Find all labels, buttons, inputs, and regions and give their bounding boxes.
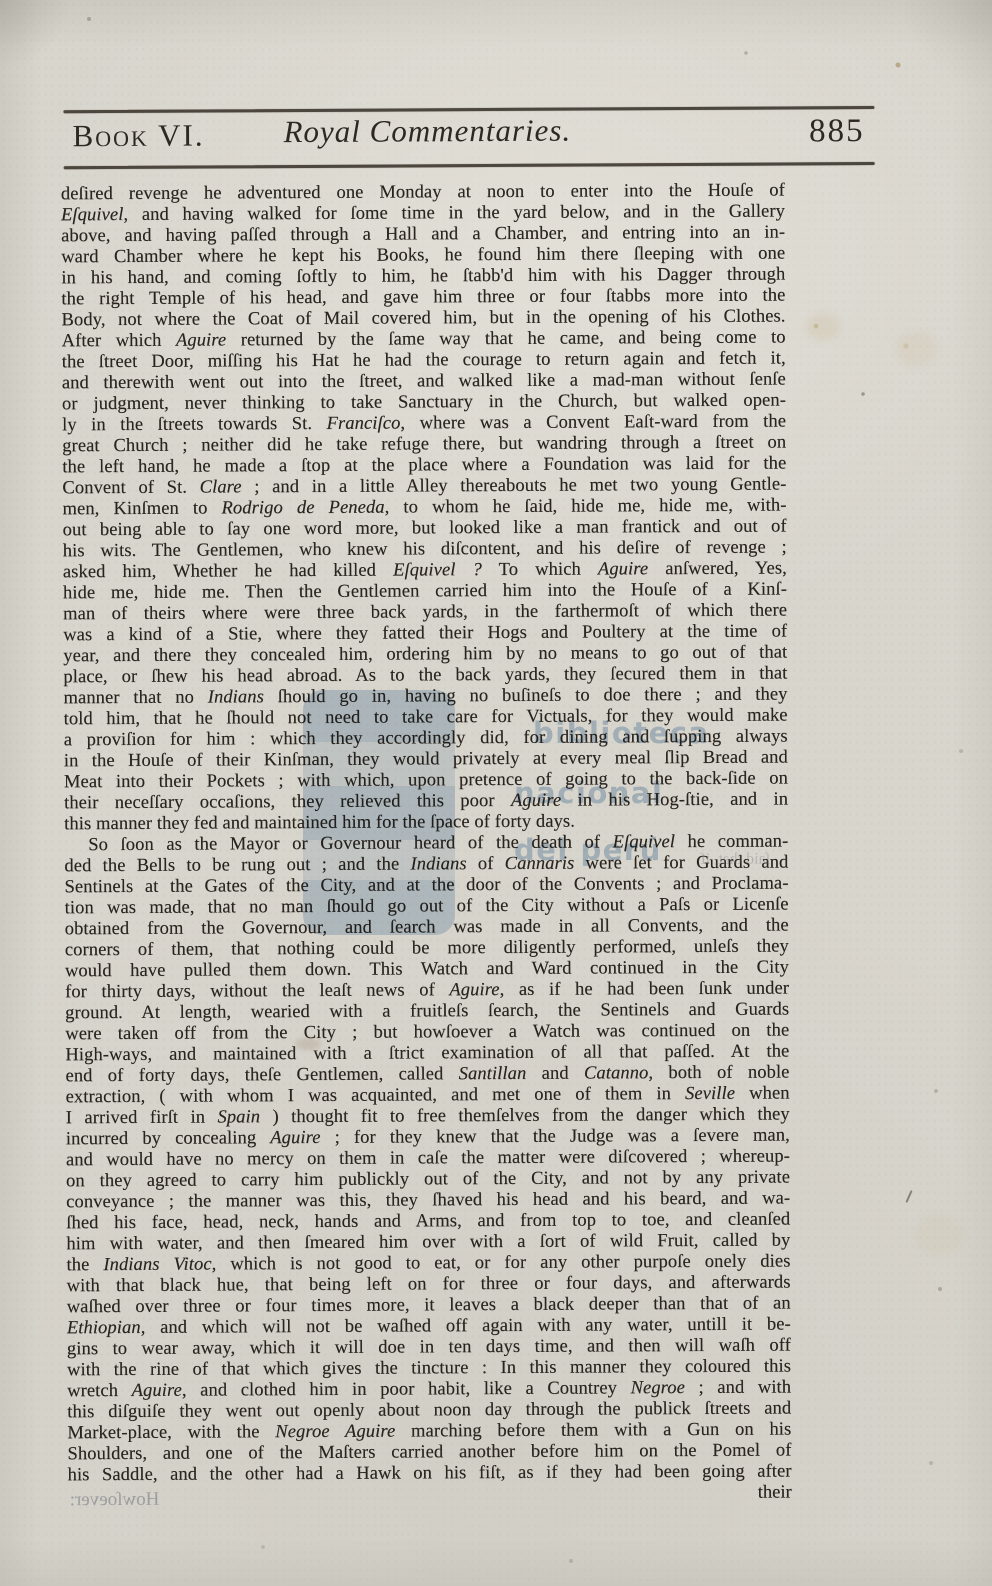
page-title: Royal Commentaries. — [283, 113, 571, 151]
paper-smudge — [295, 1038, 321, 1050]
text-line: their neceſſary occaſions, they relieved… — [64, 789, 788, 814]
scan-content: Book VI. Royal Commentaries. 885 deſired… — [0, 0, 992, 1586]
catchword: their — [68, 1482, 792, 1507]
text-block: deſired revenge he adventured one Monday… — [61, 180, 792, 1486]
page-number: 885 — [809, 113, 865, 150]
book-label: Book VI. — [72, 118, 204, 155]
header-rule-bottom — [64, 162, 875, 169]
book-page-scan: Book VI. Royal Commentaries. 885 deſired… — [0, 0, 992, 1586]
